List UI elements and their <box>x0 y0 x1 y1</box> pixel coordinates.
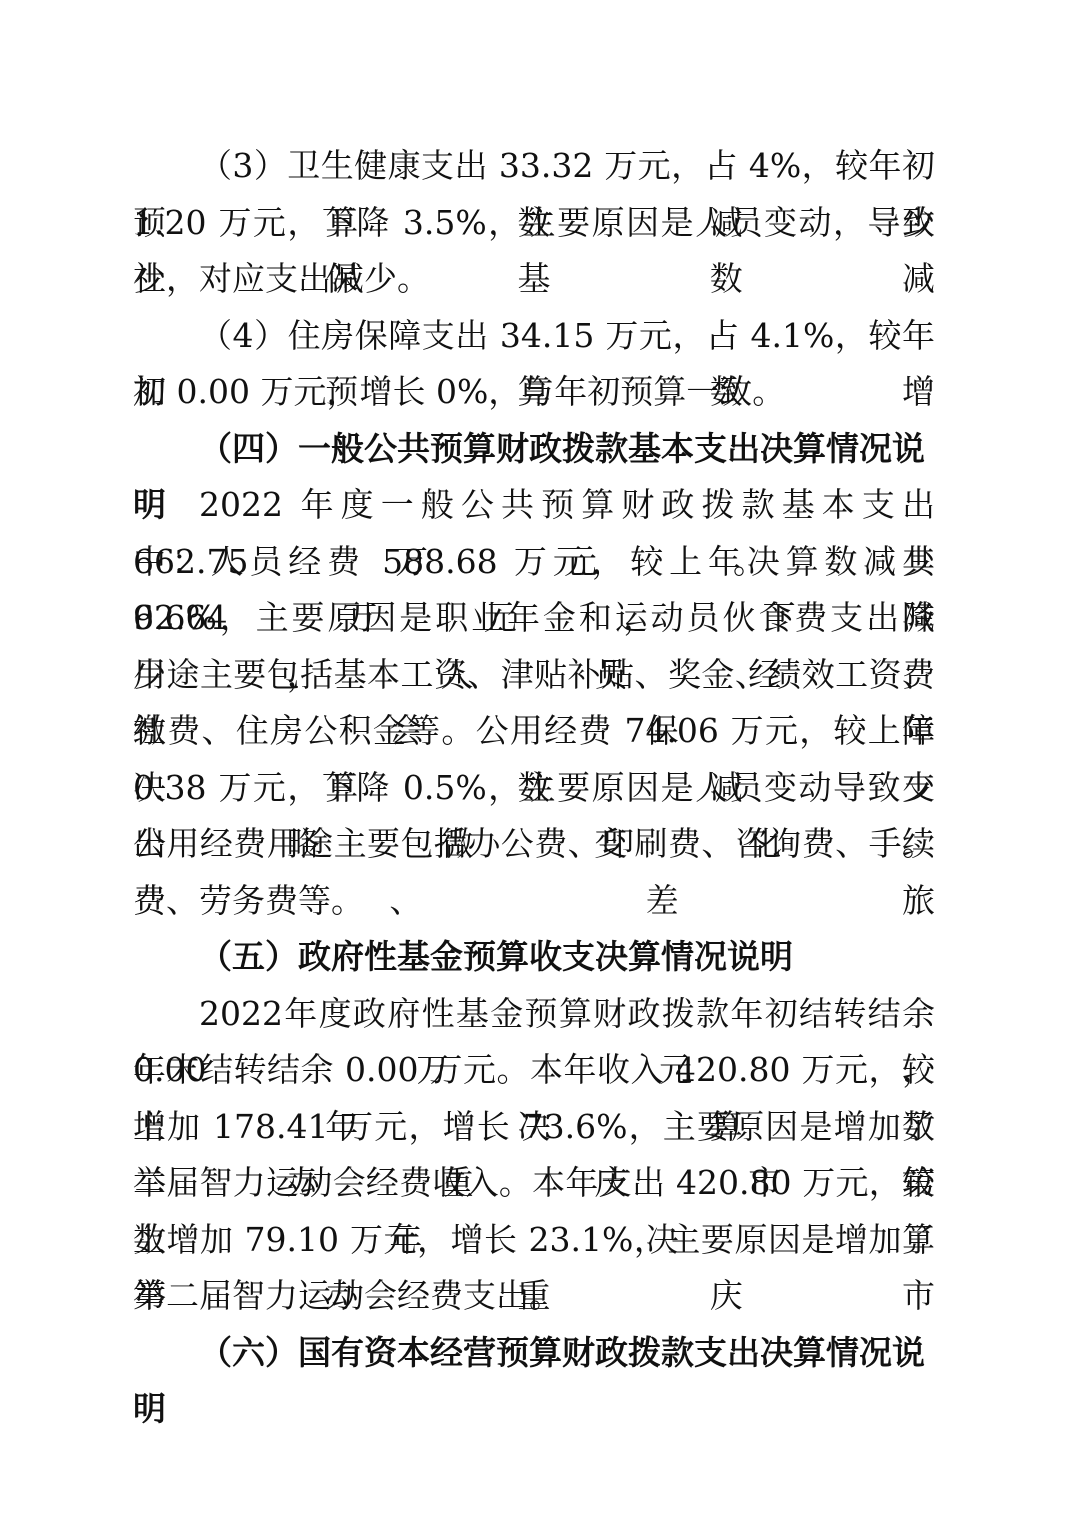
section-heading: （五）政府性基金预算收支决算情况说明 <box>133 929 935 986</box>
text-line: 2022年度政府性基金预算财政拨款年初结转结余0.00万元， <box>133 986 935 1043</box>
text-line: 缴费、住房公积金等。公用经费 74.06 万元，较上年决算数减少 <box>133 703 935 760</box>
text-line: 9.6%，主要原因是职业年金和运动员伙食费支出减少，人员经费 <box>133 590 935 647</box>
text-line: （3）卫生健康支出 33.32 万元，占 4%，较年初预算数减少 <box>133 138 935 195</box>
para-health-expense: （3）卫生健康支出 33.32 万元，占 4%，较年初预算数减少 1.20 万元… <box>133 138 935 308</box>
section-heading: （四）一般公共预算财政拨款基本支出决算情况说明 <box>133 421 935 478</box>
text-line: 年末结转结余 0.00 万元。本年收入 420.80 万元，较上年决算数 <box>133 1042 935 1099</box>
para-basic-expenditure: 2022 年度一般公共预算财政拨款基本支出 662.75 万元。其 中：人员经费… <box>133 477 935 929</box>
document-content: （3）卫生健康支出 33.32 万元，占 4%，较年初预算数减少 1.20 万元… <box>133 138 935 1381</box>
text-line: （4）住房保障支出 34.15 万元，占 4.1%，较年初预算数增 <box>133 308 935 365</box>
text-line: 中：人员经费 588.68 万元，较上年决算数减少 62.64 万元，下降 <box>133 534 935 591</box>
text-line: 2022 年度一般公共预算财政拨款基本支出 662.75 万元。其 <box>133 477 935 534</box>
text-line: 二届智力运动会经费收入。本年支出 420.80 万元，较上年决算 <box>133 1155 935 1212</box>
para-housing-expense: （4）住房保障支出 34.15 万元，占 4.1%，较年初预算数增 加 0.00… <box>133 308 935 421</box>
section-heading: （六）国有资本经营预算财政拨款支出决算情况说明 <box>133 1325 935 1382</box>
text-line: 数增加 79.10 万元，增长 23.1%，主要原因是增加了举办重庆市 <box>133 1212 935 1269</box>
text-line: 增加 178.41 万元，增长 73.6%，主要原因是增加了举办重庆市第 <box>133 1099 935 1156</box>
para-gov-fund: 2022年度政府性基金预算财政拨款年初结转结余0.00万元， 年末结转结余 0.… <box>133 986 935 1325</box>
text-line: 公用经费用途主要包括办公费、印刷费、咨询费、手续费、差旅 <box>133 816 935 873</box>
text-line: 用途主要包括基本工资、津贴补贴、奖金、绩效工资、社会保障 <box>133 647 935 704</box>
heading-state-capital: （六）国有资本经营预算财政拨款支出决算情况说明 <box>133 1325 935 1382</box>
heading-basic-expenditure: （四）一般公共预算财政拨款基本支出决算情况说明 <box>133 421 935 478</box>
text-line: 0.38 万元，下降 0.5%，主要原因是人员变动导致支出略微变化。 <box>133 760 935 817</box>
heading-gov-fund: （五）政府性基金预算收支决算情况说明 <box>133 929 935 986</box>
text-line: 1.20 万元，下降 3.5%，主要原因是人员变动，导致社保基数减 <box>133 195 935 252</box>
document-page: （3）卫生健康支出 33.32 万元，占 4%，较年初预算数减少 1.20 万元… <box>0 0 1074 1520</box>
